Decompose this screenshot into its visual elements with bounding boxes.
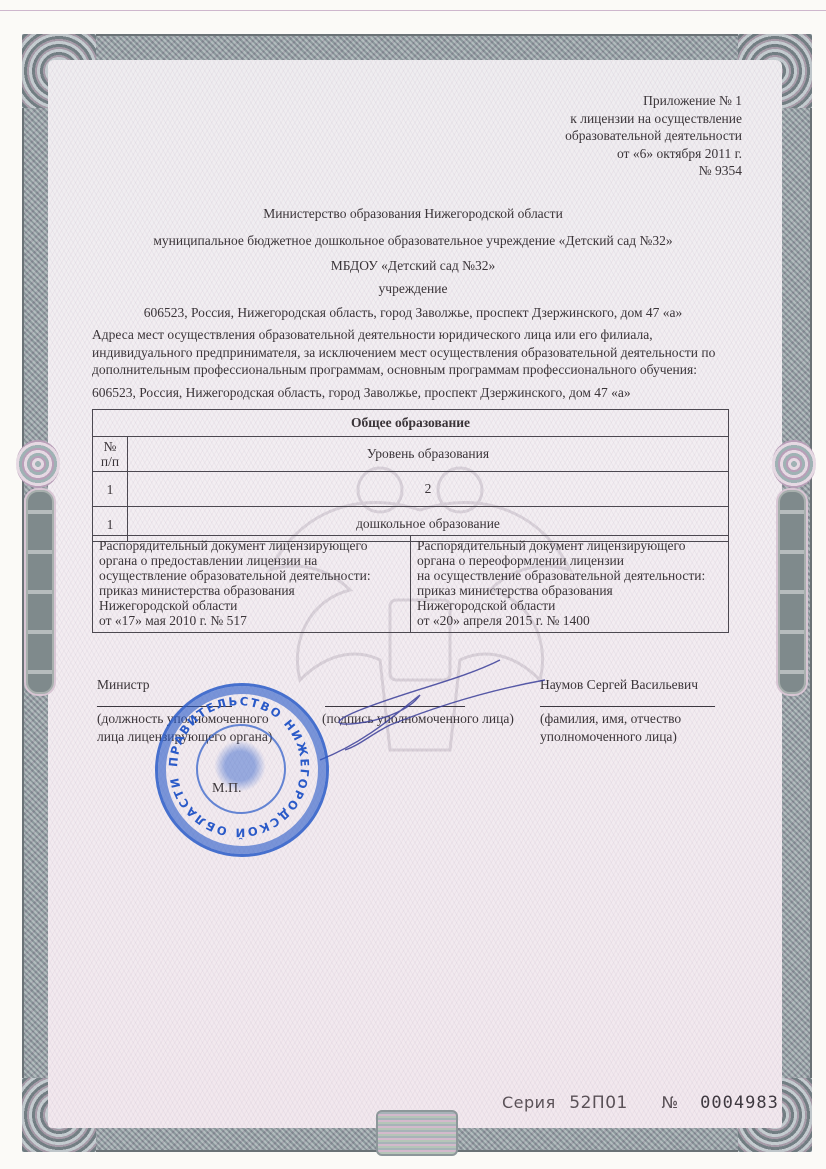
- signer-position: Министр: [97, 677, 149, 693]
- doc-line: Распорядительный документ лицензирующего: [417, 538, 722, 553]
- appendix-reference: Приложение № 1 к лицензии на осуществлен…: [565, 92, 742, 180]
- caption-line: (должность уполномоченного: [97, 710, 272, 728]
- doc-line: осуществление образовательной деятельнос…: [99, 568, 404, 583]
- appendix-line: образовательной деятельности: [565, 127, 742, 145]
- number-label: №: [661, 1093, 678, 1112]
- doc-line: органа о предоставлении лицензии на: [99, 553, 404, 568]
- appendix-line: к лицензии на осуществление: [565, 110, 742, 128]
- licensing-documents-table: Распорядительный документ лицензирующего…: [92, 535, 729, 633]
- signer-name: Наумов Сергей Васильевич: [540, 677, 698, 693]
- doc-date: от «17» мая 2010 г. № 517: [99, 613, 404, 628]
- table-title: Общее образование: [93, 410, 729, 437]
- position-line: [97, 706, 232, 707]
- activity-address: 606523, Россия, Нижегородская область, г…: [92, 385, 631, 401]
- side-pillar-ornament: [778, 490, 806, 694]
- position-caption: (должность уполномоченного лица лицензир…: [97, 710, 272, 745]
- doc-line: на осуществление образовательной деятель…: [417, 568, 722, 583]
- caption-line: (фамилия, имя, отчество: [540, 710, 681, 728]
- signature-line: [325, 706, 465, 707]
- knot-ornament-icon: [16, 440, 60, 488]
- doc-date: от «20» апреля 2015 г. № 1400: [417, 613, 722, 628]
- name-line: [540, 706, 715, 707]
- grant-document-cell: Распорядительный документ лицензирующего…: [93, 536, 411, 633]
- series-value: 52П01: [569, 1093, 628, 1113]
- table-row: 1 2: [93, 472, 729, 507]
- row-number: 1: [93, 472, 128, 507]
- organization-short-name: МБДОУ «Детский сад №32»: [0, 258, 826, 274]
- doc-line: приказ министерства образования: [99, 583, 404, 598]
- column-header-number: № п/п: [93, 437, 128, 472]
- doc-line: Нижегородской области: [417, 598, 722, 613]
- doc-line: Распорядительный документ лицензирующего: [99, 538, 404, 553]
- number-value: 0004983: [700, 1093, 779, 1113]
- form-series-number: Серия 52П01 № 0004983: [502, 1093, 779, 1113]
- caption-line: лица лицензирующего органа): [97, 728, 272, 746]
- doc-line: органа о переоформлении лицензии: [417, 553, 722, 568]
- row-level: 2: [128, 472, 729, 507]
- column-header-level: Уровень образования: [128, 437, 729, 472]
- scan-edge-line: [0, 10, 826, 11]
- doc-line: приказ министерства образования: [417, 583, 722, 598]
- seal-label: М.П.: [212, 781, 242, 797]
- side-pillar-ornament: [26, 490, 54, 694]
- activity-addresses-note: Адреса мест осуществления образовательно…: [92, 326, 742, 379]
- organization-type: учреждение: [0, 281, 826, 297]
- issuing-authority: Министерство образования Нижегородской о…: [0, 206, 826, 222]
- knot-ornament-icon: [772, 440, 816, 488]
- signature-caption: (подпись уполномоченного лица): [322, 710, 514, 728]
- organization-full-name: муниципальное бюджетное дошкольное образ…: [0, 233, 826, 249]
- appendix-date: от «6» октября 2011 г.: [565, 145, 742, 163]
- education-levels-table: Общее образование № п/п Уровень образова…: [92, 409, 729, 542]
- name-caption: (фамилия, имя, отчество уполномоченного …: [540, 710, 681, 745]
- caption-line: уполномоченного лица): [540, 728, 681, 746]
- organization-address: 606523, Россия, Нижегородская область, г…: [0, 305, 826, 321]
- reissue-document-cell: Распорядительный документ лицензирующего…: [411, 536, 729, 633]
- series-label: Серия: [502, 1093, 556, 1112]
- license-number: № 9354: [565, 162, 742, 180]
- bottom-cartouche-ornament: [376, 1110, 458, 1156]
- appendix-title: Приложение № 1: [565, 92, 742, 110]
- doc-line: Нижегородской области: [99, 598, 404, 613]
